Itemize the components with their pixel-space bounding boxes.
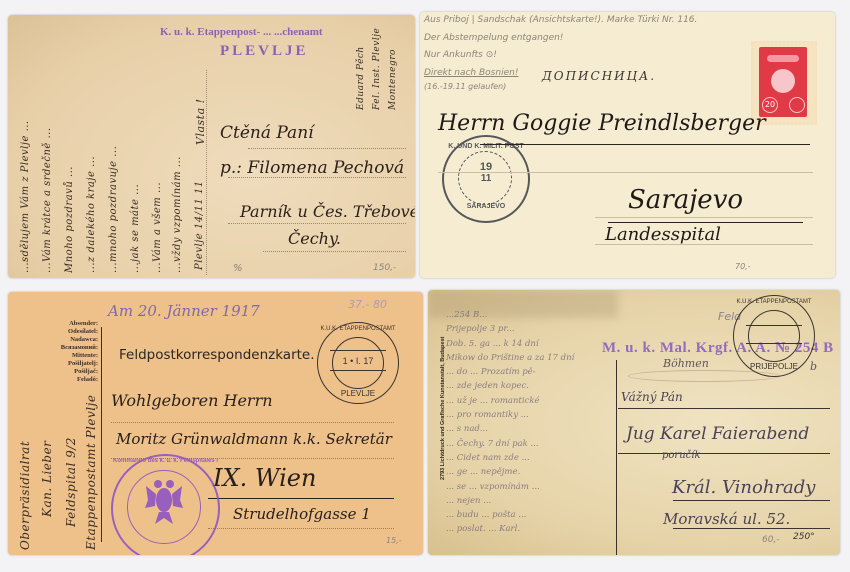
cancel-place: PRIJEPOLJE <box>734 362 814 371</box>
address-city: Král. Vinohrady <box>672 477 815 498</box>
address-line-rule <box>438 172 813 173</box>
address-city: IX. Wien <box>213 464 316 492</box>
message-line: ... s nad... <box>446 422 616 436</box>
card-title: ДОПИСНИЦА. <box>542 69 656 83</box>
pencil-price: 150,- <box>373 263 396 273</box>
cancel-bar <box>746 325 802 326</box>
message-line: Mnoho pozdravů ... <box>64 166 75 273</box>
seal-ring-text: Kommando des k. u. k. Feldspitales № 9/2 <box>113 458 218 464</box>
postcard-prijepolje-vinohrady: 2793 Lichtdruck und Graflsche Kunstansta… <box>428 290 840 555</box>
address-line: Moritz Grünwaldmann k.k. Sekretär <box>116 430 392 448</box>
address-line: Moravská ul. 52. <box>663 510 790 528</box>
message-area: ...254 B... Prijepolje 3 pr... Dob. 5. g… <box>446 308 616 537</box>
address-rule <box>618 408 830 409</box>
message-line: ...sdělujem Vám z Plevlje ... <box>20 120 31 273</box>
cancel-ring-text: K.U.K. ETAPPENPOSTAMT <box>734 299 814 305</box>
cancel-stamp-line1: K. u. k. Etappenpost- ... ...chenamt <box>160 26 323 38</box>
message-line: ...254 B... <box>446 308 616 322</box>
address-line: Jug Karel Faierabend <box>626 424 809 444</box>
address-city: Sarajevo <box>628 185 743 215</box>
pencil-price: 250° <box>793 532 815 542</box>
sender-label: Nadawca: <box>36 336 98 344</box>
pencil-note: Der Abstempelung entgangen! <box>424 33 563 43</box>
address-line-rule <box>595 244 813 245</box>
message-line: ... už je ... romantické <box>446 394 616 408</box>
message-line: ... Cidet nam zde ... <box>446 451 616 465</box>
sender-note: Fel. Inst. Plevlje <box>372 28 382 110</box>
cancel-stamp-prijepolje: K.U.K. ETAPPENPOSTAMT PRIJEPOLJE <box>733 295 815 377</box>
tughra-icon <box>771 69 795 93</box>
city-underline <box>608 222 803 223</box>
pencil-price: 15,- <box>386 536 402 545</box>
pencil-note: Direkt nach Bosnien! <box>424 68 518 78</box>
cancel-place: PLEVLJE <box>318 389 398 398</box>
address-line: Landesspital <box>605 224 721 245</box>
sender-label: Feladó: <box>36 376 98 384</box>
cancel-stamp-plevlje: 1 • I. 17 K.U.K. ETAPPENPOSTAMT PLEVLJE <box>317 322 399 404</box>
sender-label: Absender: <box>36 320 98 328</box>
address-dotted-line <box>228 177 406 178</box>
address-line-rule <box>595 217 813 218</box>
message-line: ... do ... Prozatím pě- <box>446 365 616 379</box>
address-dotted-line <box>228 223 406 224</box>
divider-line <box>101 327 102 542</box>
postcard-feldpost-wien: Am 20. Jänner 1917 37.- 80 Absender: Ode… <box>8 292 423 555</box>
address-line: Herrn Goggie Preindlsberger <box>438 111 766 136</box>
message-line: ... ge ... nepějme. <box>446 465 616 479</box>
sender-note: Montenegro <box>388 49 398 110</box>
address-line: poručík <box>662 450 701 461</box>
sender-label: Pošiljatelj: <box>36 360 98 368</box>
pencil-mark: 37.- 80 <box>348 298 387 311</box>
postcard-priboj-sarajevo: Aus Priboj | Sandschak (Ansichtskarte!).… <box>420 12 835 278</box>
message-line: Dob. 5. ga ... k 14 dní <box>446 337 616 351</box>
message-line: ...vždy vzpomínám ... <box>172 156 183 273</box>
sender-label: Mittente: <box>36 352 98 360</box>
handwritten-note: Böhmen <box>663 357 709 370</box>
address-rule <box>673 500 830 501</box>
address-dotted-line <box>248 148 406 149</box>
sender-note: Eduard Pěch <box>356 46 366 110</box>
postcard-plevlje-handwritten: ...sdělujem Vám z Plevlje ... ...Vám krá… <box>8 15 415 278</box>
address-line: Wohlgeboren Herrn <box>111 391 273 410</box>
address-underline <box>480 144 810 145</box>
divider-line <box>206 70 207 275</box>
pencil-price: 60,- <box>762 535 780 545</box>
stamp-value-arabic <box>789 97 805 113</box>
city-underline <box>208 498 394 499</box>
message-line: ...z dalekého kraje ... <box>86 156 97 273</box>
cancel-ring-text: K.U.K. ETAPPENPOSTAMT <box>318 326 398 332</box>
sender-label: Всязамовий: <box>36 344 98 352</box>
sender-label: Odesílatel: <box>36 328 98 336</box>
sender-handwritten: Feldspital 9/2 <box>64 437 78 527</box>
cancel-bar <box>330 350 386 351</box>
address-line: Čechy. <box>288 229 341 248</box>
cancel-bar <box>746 343 802 344</box>
cancel-stamp-place: PLEVLJE <box>220 43 309 60</box>
sender-label: Pošiljač: <box>36 368 98 376</box>
message-line: ... pro romantiky ... <box>446 408 616 422</box>
sender-handwritten: Etappenpostamt Plevlje <box>84 395 98 550</box>
address-line: Strudelhofgasse 1 <box>233 505 371 523</box>
message-line: ... budu ... pošta ... <box>446 508 616 522</box>
cancel-place: SARAJEVO <box>444 203 528 210</box>
address-line: p.: Filomena Pechová <box>220 158 404 178</box>
message-line: ...Vám krátce a srdečně ... <box>42 127 53 273</box>
address-line: Parník u Čes. Třebové <box>240 202 415 221</box>
address-line: Ctěná Paní <box>220 123 314 143</box>
date-note: Plevlje 14/11 11 <box>194 180 205 270</box>
message-line: Mikow do Prištine a za 17 dní <box>446 351 616 365</box>
address-dotted-line <box>111 422 394 423</box>
address-rule <box>618 453 830 454</box>
cancel-inner-ring <box>748 310 800 362</box>
stamp-banner <box>767 55 799 62</box>
message-line: ... se ... vzpomínám ... <box>446 480 616 494</box>
address-dotted-line <box>208 528 394 529</box>
double-headed-eagle-icon <box>145 478 183 528</box>
message-line: ... Čechy. 7 dní pak ... <box>446 437 616 451</box>
cancel-date-month: 11 <box>444 173 528 184</box>
sender-handwritten: Kan. Lieber <box>40 441 54 517</box>
pencil-price: 70,- <box>735 262 751 271</box>
message-line: ... zde jeden kopec. <box>446 379 616 393</box>
cancel-date: 1 • I. 17 <box>318 356 398 366</box>
pencil-note: (16.-19.11 gelaufen) <box>424 82 506 91</box>
message-line: ... nejen ... <box>446 494 616 508</box>
message-line: ...Vám a všem ... <box>152 182 163 273</box>
sender-handwritten: Oberpräsidialrat <box>18 441 32 550</box>
message-line: ... poslat. ... Karl. <box>446 522 616 536</box>
message-line: Prijepolje 3 pr... <box>446 322 616 336</box>
message-line: ...mnoho pozdravuje ... <box>108 146 119 273</box>
pencil-mark: % <box>233 263 243 274</box>
divider-line <box>616 360 617 555</box>
address-line: Vážný Pán <box>621 390 683 404</box>
pencil-note: Nur Ankunfts ⊙! <box>424 50 497 60</box>
pencil-note: Aus Priboj | Sandschak (Ansichtskarte!).… <box>424 15 697 25</box>
message-line: ...jak se máte ... <box>130 184 141 273</box>
handwritten-date: Am 20. Jänner 1917 <box>108 302 260 320</box>
sender-labels: Absender: Odesílatel: Nadawca: Всязамови… <box>36 320 98 384</box>
unit-seal-feldspital: Kommando des k. u. k. Feldspitales № 9/2 <box>111 454 220 555</box>
card-title: Feldpostkorrespondenzkarte. <box>119 347 315 363</box>
address-rule <box>673 528 830 529</box>
stamp-design: 20 <box>759 47 807 117</box>
address-dotted-line <box>263 251 406 252</box>
cancel-stamp-milit-post: K. UND K. MILIT. POST 19 11 SARAJEVO <box>442 135 530 223</box>
cancel-bar <box>330 370 386 371</box>
